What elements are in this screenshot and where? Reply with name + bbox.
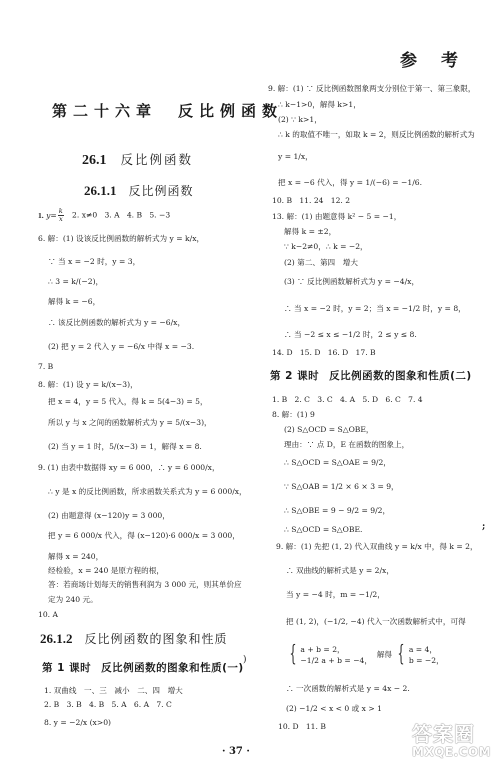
answer-q6-line2: ∵ 当 x = −2 时，y = 3， [48,257,140,267]
solve-label: 解得 [377,650,392,659]
answer-q2: 2. B [44,700,59,709]
answer-q6-line3: ∴ 3 = k/(−2)， [48,277,103,287]
answer-q6-line5: ∴ 该反比例函数的解析式为 y = −6/x， [48,318,185,328]
lesson2-q8-line2: (2) S△OCD = S△OBE， [284,425,374,435]
answer-q2: 2. x≠0 [72,211,97,220]
answer-q13-line7: ∴ 当 −2 ≤ x ≤ −1/2 时，2 ≤ y ≤ 8. [284,330,417,340]
answer-q13-line4: (2) 第二、第四 增大 [284,258,358,268]
lesson2-q8-line3: 理由：∵ 点 D，E 在函数的图象上， [284,440,409,450]
watermark-url: MXQE.COM [412,745,491,759]
answer-q7: 7. 4 [408,395,423,404]
left-brace-icon: { [290,645,297,665]
answer-q13-line2: 解得 k = ±2， [284,227,336,237]
answer-q5: 5. −3 [149,211,170,220]
watermark-logo: 答案圈 MXQE.COM [412,718,491,759]
system-1: a + b = 2， −1/2 a + b = −4， [300,644,372,666]
answer-q13-line5: (3) ∵ 反比例函数解析式为 y = −4/x， [284,277,419,287]
answer-q11: 11. B [306,722,326,731]
answer-q7: 7. C [156,700,171,709]
system-2-eq1: a = 4， [409,644,444,655]
answer-q11: 11. 24 [299,196,323,205]
lesson1-answer-q8: 8. y = −2/x (x>0) [44,718,111,728]
section-number: 26.1 [82,153,107,168]
answer-q8-line4: (2) 当 y = 1 时，5/(x−3) = 1，解得 x = 8. [48,442,202,452]
lesson2-q9-line4: 把 (1, 2)，(−1/2, −4) 代入一次函数解析式中，可得 [286,617,466,627]
answer-q6: 6. C [385,395,400,404]
section-26-1-2-heading: 26.1.2反比例函数的图象和性质 [40,630,228,647]
lesson-title: 反比例函数的图象和性质(一) [101,662,244,674]
system-1-eq2: −1/2 a + b = −4， [300,655,372,666]
lesson2-answers-q10-11: 10. D 11. B [278,722,326,732]
answer-q9-line2: ∴ k−1>0，解得 k>1， [278,100,361,110]
answer-q3: 3. B [67,700,82,709]
answer-q6-line6: (2) 把 y = 2 代入 y = −6/x 中得 x = −3. [48,342,194,352]
lesson2-q8-line4: ∴ S△OCD = S△OAE = 9/2， [284,458,391,468]
answer-q9-line4: ∴ k 的取值不唯一，如取 k = 2，则反比例函数的解析式为 [278,130,475,140]
answer-q16: 16. D [328,348,349,357]
lesson1-answers-q2-7: 2. B 3. B 4. B 5. A 6. A 7. C [44,700,172,710]
answer-q9-line3: (2) ∵ k>1， [278,115,322,125]
chapter-title: 第二十六章 反比例函数 [52,100,283,121]
answer-q13-line6: ∴ 当 x = −2 时，y = 2；当 x = −1/2 时，y = 8， [284,304,466,314]
answer-q9-line8: 定为 240 元。 [48,595,98,605]
lesson-2-heading: 第 2 课时反比例函数的图象和性质(二) [270,368,472,383]
answer-q9-line5: y = 1/x， [278,152,313,162]
page-number: · 37 · [222,746,250,757]
answer-q9-line7: 答：若商场计划每天的销售利润为 3 000 元，则其单价应 [48,580,242,590]
lesson2-q9-line10: ∴ 一次函数的解析式是 y = 4x − 2. [286,684,410,694]
section-number: 26.1.1 [84,183,117,198]
system-2: a = 4， b = −2， [409,644,444,666]
answer-q13-line3: ∵ k−2≠0，∴ k = −2， [284,242,368,252]
answer-q5: 5. A [112,700,127,709]
answer-q13-line1: 13. 解：(1) 由题意得 k² − 5 = −1， [272,212,401,222]
answer-q9-line5: 解得 x = 240， [48,552,103,562]
answer-q9-line1: 9. 解：(1) ∵ 反比例函数图象两支分别位于第一、第三象限， [268,84,476,94]
lesson2-q8-line1: 8. 解：(1) 9 [272,410,315,420]
answers-q14-17: 14. D 15. D 16. D 17. B [272,348,376,358]
lesson2-q8-line7: ∴ S△OCD = S△OBE. [284,525,362,535]
answers-q10-12: 10. B 11. 24 12. 2 [272,196,350,206]
lesson2-q9-line3: 当 y = −4 时，m = −1/2， [286,590,385,600]
section-title: 反比例函数 [129,184,194,198]
answer-q7: 7. B [38,362,53,372]
section-title: 反比例函数 [121,152,194,167]
reference-heading: 参考 [400,46,482,71]
lesson-number: 第 1 课时 [42,662,91,674]
lesson2-q9-line2: ∴ 双曲线的解析式是 y = 2/x， [286,566,394,576]
answer-q14: 14. D [272,348,293,357]
answer-q8-line1: 8. 解：(1) 设 y = k/(x−3)， [38,380,138,390]
answer-q6-line4: 解得 k = −6， [48,297,100,307]
lesson2-q8-line5: ∵ S△OAB = 1/2 × 6 × 3 = 9， [284,482,399,492]
answer-q3: 3. C [317,395,332,404]
lesson-1-heading: 第 1 课时反比例函数的图象和性质(一) [42,660,244,675]
lesson2-q8-line6: ∴ S△OBE = 9 − 9/2 = 9/2， [284,506,390,516]
system-1-eq1: a + b = 2， [300,644,372,655]
section-number: 26.1.2 [40,631,73,646]
answer-q9-line1: 9. (1) 由表中数据得 xy = 6 000，∴ y = 6 000/x， [38,463,220,473]
answer-q10: 10. B [272,196,292,205]
section-26-1-heading: 26.1反比例函数 [82,150,193,169]
system-2-eq2: b = −2， [409,655,444,666]
answer-q9-line6: 经检验，x = 240 是原方程的根， [48,566,164,576]
answer-q3: 3. A [104,211,119,220]
answer-q12: 12. 2 [331,196,350,205]
lesson2-q9-line11: (2) −1/2 < x < 0 或 x > 1 [286,704,382,714]
answer-q6: 6. A [134,700,149,709]
answer-q8-line2: 把 x = 4，y = 5 代入，得 k = 5(4−3) = 5， [48,397,208,407]
left-brace-icon: { [398,645,405,665]
answers-q1-5: 1. y=kx 2. x≠0 3. A 4. B 5. −3 [38,208,170,223]
answer-q9-line3: (2) 由题意得 (x−120)y = 3 000， [48,511,170,521]
answer-q4: 4. B [127,211,142,220]
answer-q1: 1. B [272,395,287,404]
answer-q17: 17. B [356,348,376,357]
lesson2-q9-line1: 9. 解：(1) 先把 (1, 2) 代入双曲线 y = k/x 中，得 k =… [276,542,478,552]
answer-q6-line1: 6. 解：(1) 设该反比例函数的解析式为 y = k/x， [38,234,204,244]
answer-q2: 2. C [295,395,310,404]
equation-systems: { a + b = 2， −1/2 a + b = −4， 解得 { a = 4… [286,644,444,666]
answer-q9-line6: 把 x = −6 代入，得 y = 1/(−6) = −1/6. [278,178,422,188]
answer-q5: 5. D [362,395,378,404]
margin-paren: ) [243,655,247,665]
answer-q9-line2: ∴ y 是 x 的反比例函数，所求函数关系式为 y = 6 000/x， [48,487,247,497]
section-title: 反比例函数的图象和性质 [85,632,228,646]
lesson1-answer-q1: 1. 双曲线 一、三 减小 二、四 增大 [44,686,183,696]
answer-q1: 1. y=kx [38,211,65,220]
answer-q15: 15. D [300,348,321,357]
answer-q10: 10. A [38,610,58,620]
lesson-title: 反比例函数的图象和性质(二) [329,370,472,382]
answer-q8-line3: 所以 y 与 x 之间的函数解析式为 y = 5/(x−3)， [48,418,212,428]
section-26-1-1-heading: 26.1.1反比例函数 [84,182,194,199]
margin-mark: ; [482,522,485,532]
answer-q4: 4. B [89,700,104,709]
answer-q10: 10. D [278,722,299,731]
watermark-text: 答案圈 [412,718,491,747]
answer-q4: 4. A [340,395,355,404]
answer-q9-line4: 把 y = 6 000/x 代入，得 (x−120)·6 000/x = 3 0… [48,531,240,541]
lesson-number: 第 2 课时 [270,370,319,382]
lesson2-answers-q1-7: 1. B 2. C 3. C 4. A 5. D 6. C 7. 4 [272,395,423,405]
